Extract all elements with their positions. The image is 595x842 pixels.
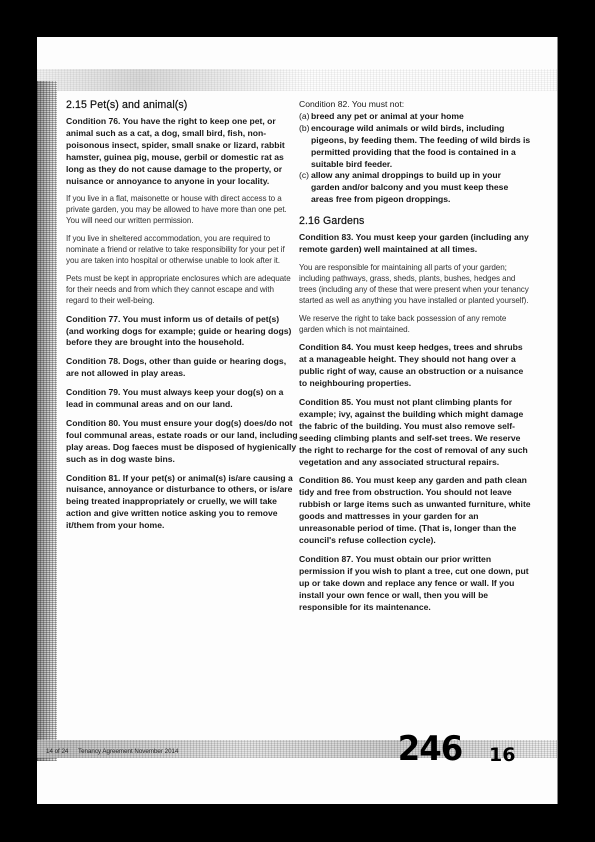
scan-noise-top (37, 69, 558, 91)
scanned-page: 2.15 Pet(s) and animal(s) Condition 76. … (37, 37, 558, 804)
list-item-text: encourage wild animals or wild birds, in… (311, 123, 531, 171)
paragraph-sheltered-accommodation: If you live in sheltered accommodation, … (66, 234, 298, 267)
page-number: 14 of 24 (46, 748, 68, 755)
condition-78: Condition 78. Dogs, other than guide or … (66, 356, 298, 380)
section-heading-pets: 2.15 Pet(s) and animal(s) (66, 99, 298, 111)
footer-title: Tenancy Agreement November 2014 (78, 748, 178, 755)
condition-84: Condition 84. You must keep hedges, tree… (299, 342, 531, 390)
condition-82-item-a: (a) breed any pet or animal at your home (299, 111, 531, 123)
handwritten-number-small: 16 (489, 744, 515, 766)
right-column: Condition 82. You must not: (a) breed an… (299, 99, 531, 620)
paragraph-remote-garden: We reserve the right to take back posses… (299, 314, 531, 336)
condition-87: Condition 87. You must obtain our prior … (299, 554, 531, 614)
list-item-text: breed any pet or animal at your home (311, 111, 464, 123)
condition-77: Condition 77. You must inform us of deta… (66, 314, 298, 350)
condition-85: Condition 85. You must not plant climbin… (299, 397, 531, 468)
condition-82: Condition 82. You must not: (a) breed an… (299, 99, 531, 206)
page-footer: 14 of 24 Tenancy Agreement November 2014 (46, 748, 178, 755)
condition-76: Condition 76. You have the right to keep… (66, 116, 298, 187)
page-edge (557, 37, 558, 804)
left-column: 2.15 Pet(s) and animal(s) Condition 76. … (66, 99, 298, 539)
list-marker: (c) (299, 170, 311, 206)
condition-81: Condition 81. If your pet(s) or animal(s… (66, 473, 298, 533)
paragraph-garden-responsibility: You are responsible for maintaining all … (299, 263, 531, 307)
handwritten-number-large: 246 (398, 729, 463, 769)
condition-79: Condition 79. You must always keep your … (66, 387, 298, 411)
condition-82-item-b: (b) encourage wild animals or wild birds… (299, 123, 531, 171)
condition-82-intro: Condition 82. You must not: (299, 99, 531, 111)
list-marker: (a) (299, 111, 311, 123)
condition-83: Condition 83. You must keep your garden … (299, 232, 531, 256)
section-heading-gardens: 2.16 Gardens (299, 215, 531, 227)
list-marker: (b) (299, 123, 311, 171)
scan-noise-left-margin (37, 81, 57, 761)
condition-86: Condition 86. You must keep any garden a… (299, 475, 531, 546)
paragraph-multiple-pets: If you live in a flat, maisonette or hou… (66, 194, 298, 227)
paragraph-enclosures: Pets must be kept in appropriate enclosu… (66, 274, 298, 307)
condition-82-item-c: (c) allow any animal droppings to build … (299, 170, 531, 206)
condition-80: Condition 80. You must ensure your dog(s… (66, 418, 298, 466)
list-item-text: allow any animal droppings to build up i… (311, 170, 531, 206)
